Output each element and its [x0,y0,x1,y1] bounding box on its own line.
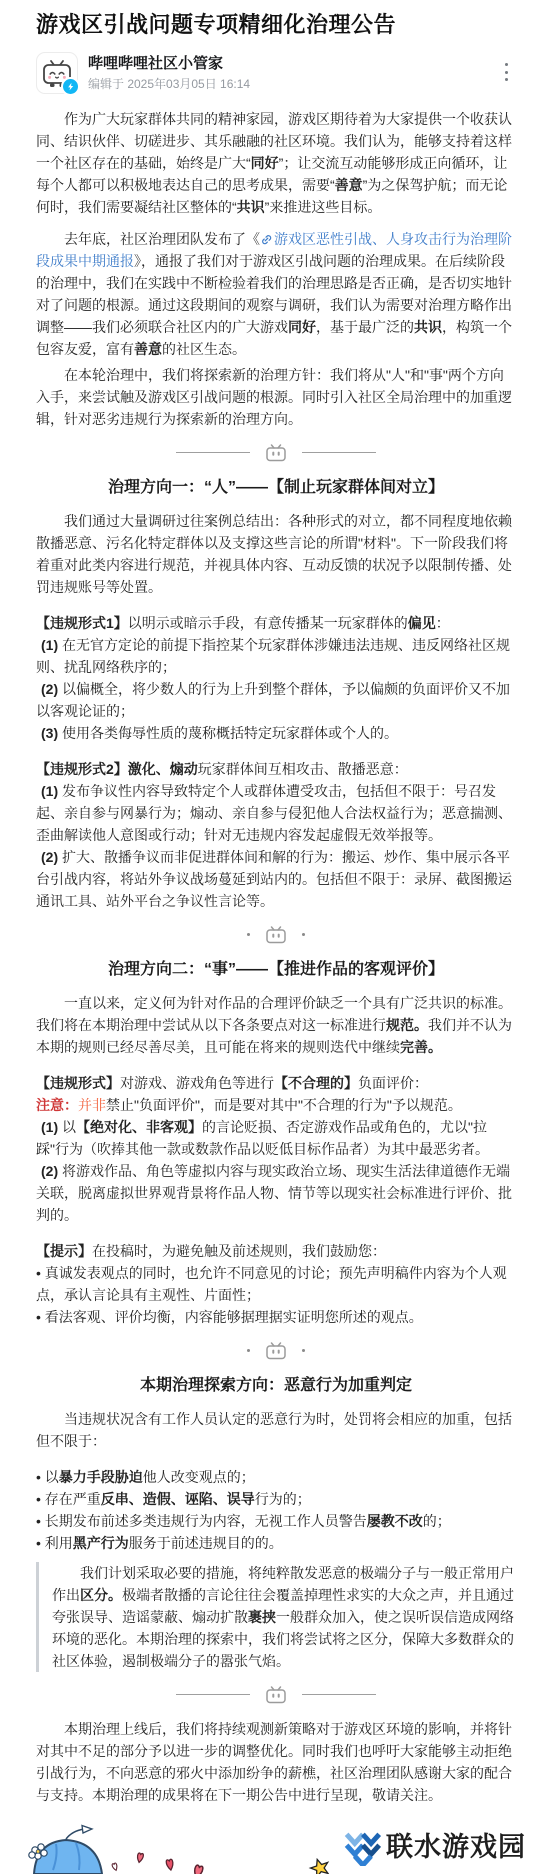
tv-divider-icon [264,443,288,462]
aggravation-bullet-3: • 长期发布前述多类违规行为内容，无视工作人员警告屡教不改的； [36,1510,516,1532]
intro-paragraph-1: 作为广大玩家群体共同的精神家园，游戏区期待着为大家提供一个收获认同、结识伙伴、切… [36,108,516,218]
author-name[interactable]: 哔哩哔哩社区小管家 [88,54,250,73]
section-1-paragraph: 我们通过大量调研过往案例总结出：各种形式的对立，都不同程度地依赖散播恶意、污名化… [36,510,516,598]
section-divider-2 [36,924,516,944]
violation-3-item-2: (2) 将游戏作品、角色等虚拟内容与现实政治立场、现实生活法律道德作无端关联，脱… [36,1160,516,1226]
section-divider-1 [36,442,516,462]
tip-head: 【提示】在投稿时，为避免触及前述规则，我们鼓励您： [36,1240,516,1262]
more-menu-icon[interactable] [498,61,514,83]
tip-bullet-2: • 看法客观、评价均衡，内容能够据理据实证明您所述的观点。 [36,1306,516,1328]
watermark: 联水游戏园 [341,1828,526,1866]
tv-divider-icon [264,1341,288,1360]
violation-block-3: 【违规形式】对游戏、游戏角色等进行【不合理的】负面评价： 注意：并非禁止"负面评… [36,1072,516,1226]
intro-paragraph-2: 去年底，社区治理团队发布了《游戏区恶性引战、人身攻击行为治理阶段成果中期通报》，… [36,228,516,360]
violation-block-1: 【违规形式1】以明示或暗示手段，有意传播某一玩家群体的偏见： (1) 在无官方定… [36,612,516,744]
violation-1-item-3: (3) 使用各类侮辱性质的蔑称概括特定玩家群体或个人的。 [36,722,516,744]
verified-lightning-badge [61,77,80,96]
watermark-logo [341,1828,383,1866]
aggravation-bullet-1: • 以暴力手段胁迫他人改变观点的； [36,1466,516,1488]
violation-1-item-1: (1) 在无官方定论的前提下指控某个玩家群体涉嫌违法违规、违反网络社区规则、扰乱… [36,634,516,678]
section-1-heading: 治理方向一：“人”——【制止玩家群体间对立】 [36,476,516,500]
section-2-paragraph: 一直以来，定义何为针对作品的合理评价缺乏一个具有广泛共识的标准。我们将在本期治理… [36,992,516,1058]
lightning-icon [65,81,76,92]
page-title: 游戏区引战问题专项精细化治理公告 [36,0,516,40]
violation-2-item-2: (2) 扩大、散播争议而非促进群体间和解的行为：搬运、炒作、集中展示各平台引战内… [36,846,516,912]
tv-divider-icon [264,1685,288,1704]
author-row: 哔哩哔哩社区小管家 编辑于 2025年03月05日 16:14 [36,52,516,94]
edit-timestamp: 编辑于 2025年03月05日 16:14 [88,76,250,93]
section-divider-3 [36,1340,516,1360]
violation-3-notice: 注意：并非禁止"负面评价"，而是要对其中"不合理的行为"予以规范。 [36,1094,516,1116]
violation-2-item-1: (1) 发布争议性内容导致特定个人或群体遭受攻击，包括但不限于：号召发起、亲自参… [36,780,516,846]
watermark-text: 联水游戏园 [386,1832,526,1862]
article-page: 游戏区引战问题专项精细化治理公告 哔哩哔哩社区小管家 编辑于 [0,0,550,1874]
violation-3-head: 【违规形式】对游戏、游戏角色等进行【不合理的】负面评价： [36,1072,516,1094]
plan-blockquote: 我们计划采取必要的措施，将纯粹散发恶意的极端分子与一般正常用户作出区分。极端者散… [36,1562,516,1672]
aggravation-bullet-2: • 存在严重反串、造假、诬陷、误导行为的； [36,1488,516,1510]
tip-block: 【提示】在投稿时，为避免触及前述规则，我们鼓励您： • 真诚发表观点的同时，也允… [36,1240,516,1328]
tip-bullet-1: • 真诚发表观点的同时，也允许不同意见的讨论；预先声明稿件内容为个人观点，承认言… [36,1262,516,1306]
violation-1-head: 【违规形式1】以明示或暗示手段，有意传播某一玩家群体的偏见： [36,612,516,634]
footer-art: 联水游戏园 [0,1804,550,1874]
violation-1-item-2: (2) 以偏概全，将少数人的行为上升到整个群体，予以偏颇的负面评价又不加以客观论… [36,678,516,722]
section-2-heading: 治理方向二：“事”——【推进作品的客观评价】 [36,958,516,982]
section-divider-4 [36,1684,516,1704]
closing-paragraph: 本期治理上线后，我们将持续观测新策略对于游戏区环境的影响，并将针对其中不足的部分… [36,1718,516,1806]
chain-link-icon [260,233,273,246]
violation-2-head: 【违规形式2】激化、煽动玩家群体间互相攻击、散播恶意： [36,758,516,780]
author-info: 哔哩哔哩社区小管家 编辑于 2025年03月05日 16:14 [88,54,250,93]
tv-divider-icon [264,925,288,944]
violation-3-item-1: (1) 以【绝对化、非客观】的言论贬损、否定游戏作品或角色的，尤以"拉踩"行为（… [36,1116,516,1160]
section-3-heading: 本期治理探索方向：恶意行为加重判定 [36,1374,516,1398]
mascot-illustration [18,1810,358,1874]
section-3-paragraph: 当违规状况含有工作人员认定的恶意行为时，处罚将会相应的加重，包括但不限于： [36,1408,516,1452]
aggravation-bullets: • 以暴力手段胁迫他人改变观点的； • 存在严重反串、造假、诬陷、误导行为的； … [36,1466,516,1554]
aggravation-bullet-4: • 利用黑产行为服务于前述违规目的的。 [36,1532,516,1554]
intro-paragraph-3: 在本轮治理中，我们将探索新的治理方针：我们将从"人"和"事"两个方向入手，来尝试… [36,364,516,430]
violation-block-2: 【违规形式2】激化、煽动玩家群体间互相攻击、散播恶意： (1) 发布争议性内容导… [36,758,516,912]
author-avatar[interactable] [36,52,78,94]
